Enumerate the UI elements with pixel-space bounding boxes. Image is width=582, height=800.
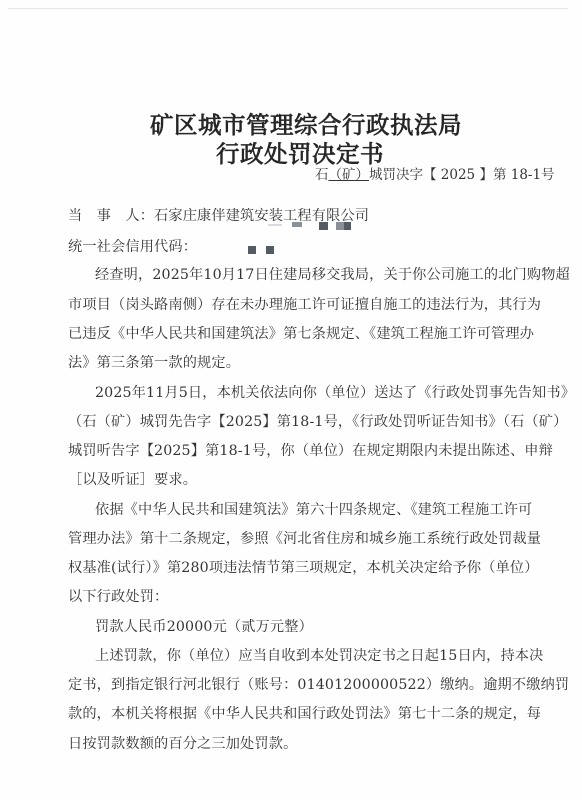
body-line: 经查明，2025年10月17日住建局移交我局，关于你公司施工的北门购物超 — [95, 264, 570, 284]
doc-number-suffix: 城罚决字【 2025 】第 18-1号 — [369, 167, 555, 183]
body-line: 2025年11月5日，本机关依法向你（单位）送达了《行政处罚事先告知书》 — [95, 382, 575, 402]
body-line: ［以及听证］要求。 — [68, 469, 197, 489]
doc-number-prefix: 石 — [315, 167, 329, 183]
redaction-mark — [344, 222, 351, 230]
body-line: 上述罚款，你（单位）应当自收到本处罚决定书之日起15日内，持本决 — [95, 645, 543, 665]
body-line: 依据《中华人民共和国建筑法》第六十四条规定、《建筑工程施工许可 — [95, 499, 532, 519]
redaction-mark — [292, 222, 302, 227]
body-line: 法》第三条第一款的规定。 — [68, 352, 240, 372]
redaction-mark — [319, 222, 328, 230]
body-line: 城罚听告字【2025】第18-1号，你（单位）在规定期限内未提出陈述、申辩 — [68, 440, 553, 460]
body-line: 已违反《中华人民共和国建筑法》第七条规定、《建筑工程施工许可管理办 — [68, 323, 534, 343]
body-line: 日按罚款数额的百分之三加处罚款。 — [68, 733, 297, 753]
body-line: 款的，本机关将根据《中华人民共和国行政处罚法》第七十二条的规定，每 — [68, 703, 541, 723]
redaction-mark — [248, 246, 256, 254]
doc-number-underlined: （矿） — [329, 167, 370, 183]
scan-edge-line — [8, 8, 568, 9]
document-number: 石（矿）城罚决字【 2025 】第 18-1号 — [315, 163, 555, 183]
fine-amount-line: 罚款人民币20000元（贰万元整） — [95, 616, 313, 636]
body-line: 管理办法》第十二条规定，参照《河北省住房和城乡施工系统行政处罚裁量 — [68, 528, 541, 548]
redaction-mark — [268, 224, 282, 226]
party-label: 当 事 人： — [68, 208, 154, 224]
document-page: 矿区城市管理综合行政执法局 行政处罚决定书 石（矿）城罚决字【 2025 】第 … — [0, 0, 582, 800]
credit-code-line: 统一社会信用代码： — [68, 236, 197, 256]
body-line: 市项目（岗头路南侧）存在未办理施工许可证擅自施工的违法行为，其行为 — [68, 294, 541, 314]
credit-code-label: 统一社会信用代码： — [68, 239, 197, 255]
body-line: 以下行政处罚： — [68, 586, 168, 606]
redaction-mark — [266, 246, 274, 254]
body-line: （石（矿）城罚先告字【2025】第18-1号，《行政处罚听证告知书》（石（矿） — [68, 411, 567, 431]
redaction-mark — [336, 222, 344, 230]
body-line: 定书，到指定银行河北银行（账号：01401200000522）缴纳。逾期不缴纳罚 — [68, 674, 569, 694]
body-line: 权基准(试行）》第280项违法情节第三项规定，本机关决定给予你（单位） — [68, 557, 539, 577]
